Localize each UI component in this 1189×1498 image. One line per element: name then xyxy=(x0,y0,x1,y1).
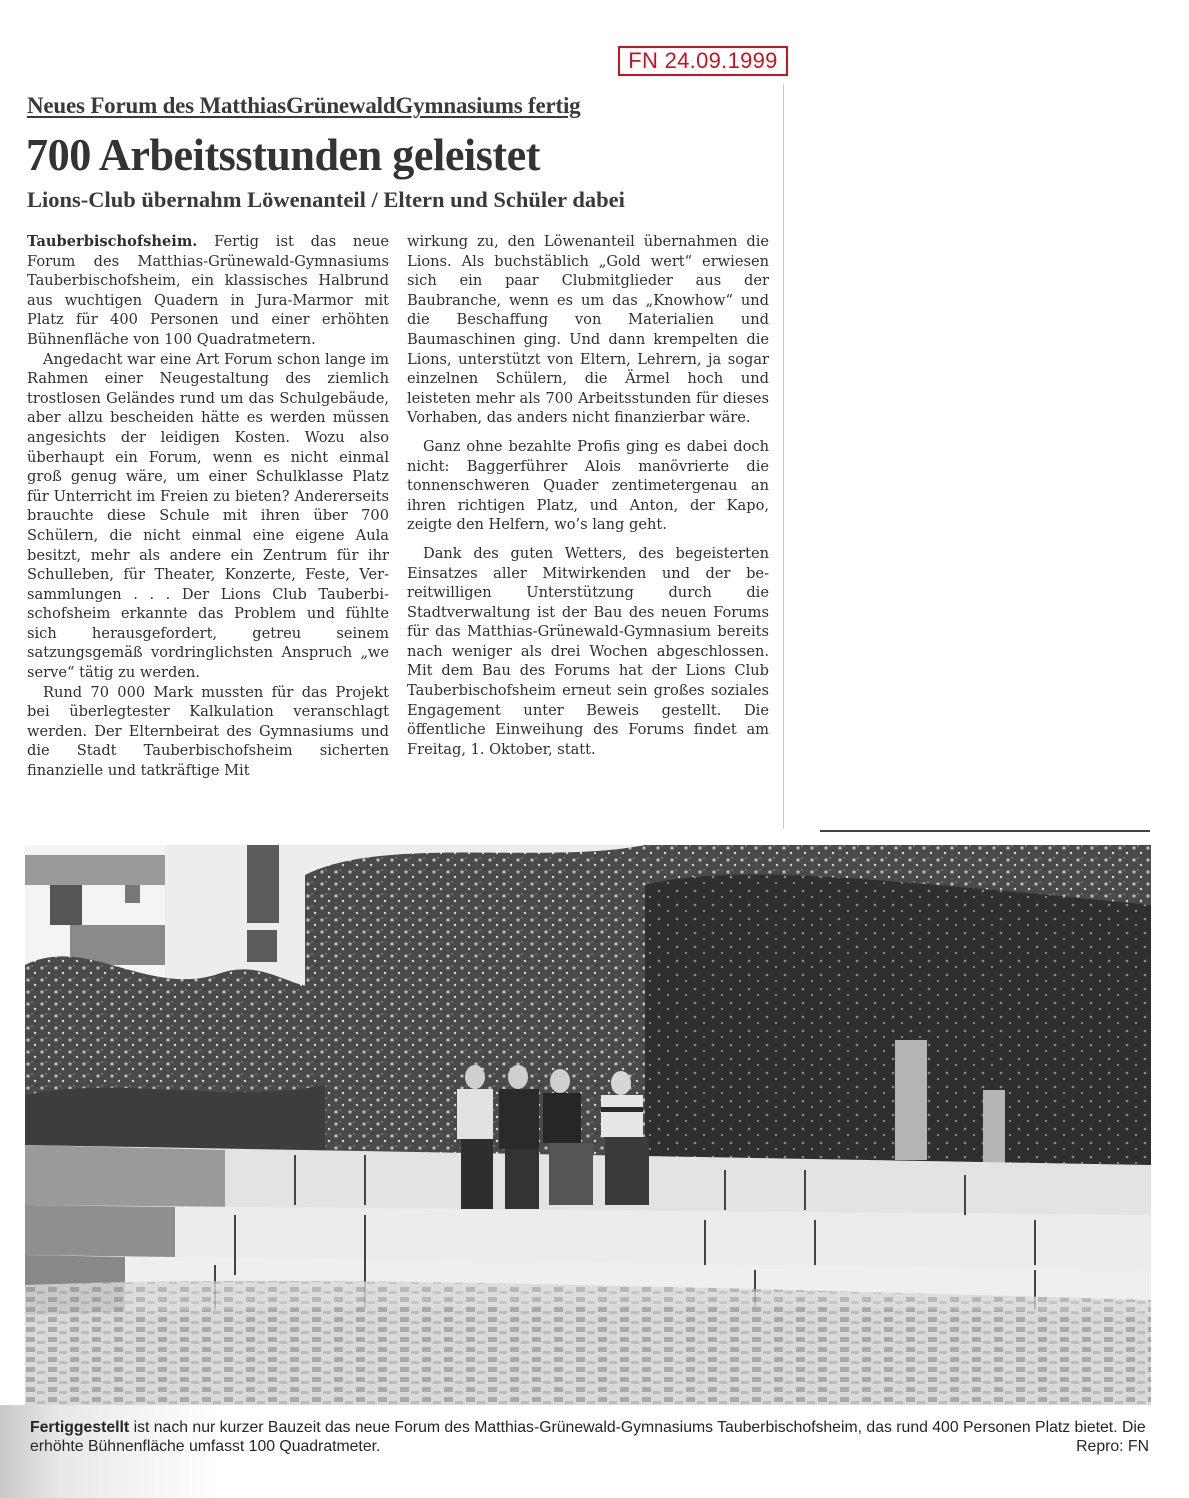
article-photo xyxy=(25,845,1151,1405)
article-column-2: wirkung zu, den Löwenanteil übernahmen d… xyxy=(407,232,769,759)
article-kicker: Neues Forum des MatthiasGrünewaldGymnasi… xyxy=(27,93,727,119)
paragraph-4: Ganz ohne bezahlte Profis ging es dabei … xyxy=(407,437,769,535)
article-headline: 700 Arbeitsstunden geleistet xyxy=(26,128,540,181)
paragraph-3-continued: wirkung zu, den Löwenanteil übernahmen d… xyxy=(407,232,769,428)
forum-photo-illustration xyxy=(25,845,1151,1405)
paragraph-2: Angedacht war eine Art Forum schon lange… xyxy=(27,350,389,683)
dateline: Tauberbischofsheim. xyxy=(27,233,197,250)
paragraph-1: Tauberbischofsheim. Fertig ist das neue … xyxy=(27,232,389,350)
caption-text: ist nach nur kurzer Bauzeit das neue For… xyxy=(30,1419,1146,1455)
date-stamp: FN 24.09.1999 xyxy=(618,46,788,76)
photo-caption: Fertiggestellt ist nach nur kurzer Bauze… xyxy=(30,1418,1150,1456)
paragraph-1-text: Fertig ist das neue Forum des Matthias-G… xyxy=(27,233,389,348)
caption-lead: Fertiggestellt xyxy=(30,1419,129,1436)
article-column-1: Tauberbischofsheim. Fertig ist das neue … xyxy=(27,232,389,781)
section-rule xyxy=(820,830,1150,832)
column-divider xyxy=(783,84,784,829)
photo-credit: Repro: FN xyxy=(1076,1438,1149,1456)
article-subheadline: Lions-Club übernahm Löwenanteil / Eltern… xyxy=(27,187,625,213)
paragraph-5: Dank des guten Wetters, des begeisterten… xyxy=(407,544,769,760)
paragraph-3: Rund 70 000 Mark mussten für das Pro­jek… xyxy=(27,683,389,781)
